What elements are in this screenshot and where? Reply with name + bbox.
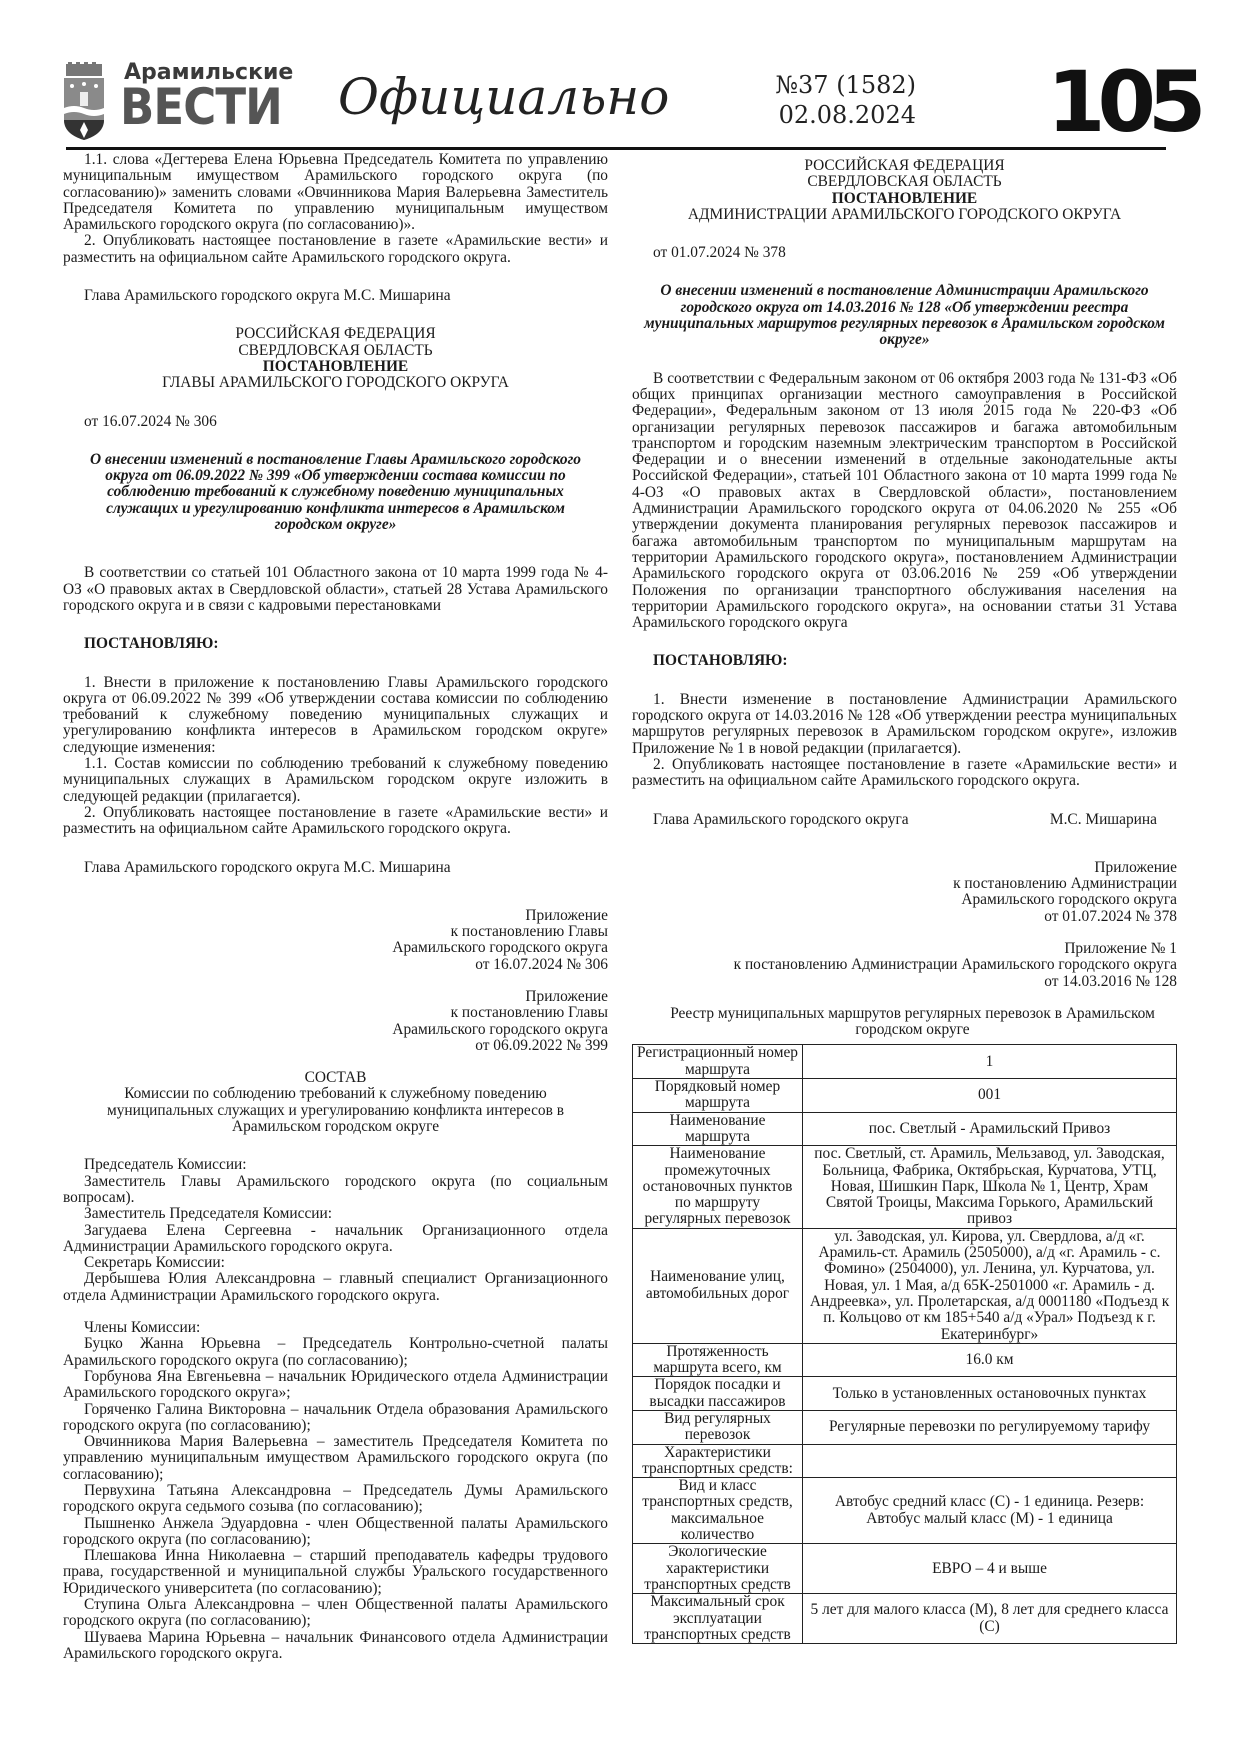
row-value: 5 лет для малого класса (М), 8 лет для с… (803, 1594, 1177, 1644)
header-line: СВЕРДЛОВСКАЯ ОБЛАСТЬ (632, 174, 1177, 190)
row-value: пос. Светлый - Арамильский Привоз (803, 1112, 1177, 1146)
appendix-note: Приложение к постановлению Главы Арамиль… (63, 908, 608, 973)
row-value: Регулярные перевозки по регулируемому та… (803, 1411, 1177, 1445)
list-item: Плешакова Инна Николаевна – старший преп… (63, 1548, 608, 1597)
appendix-line: Приложение № 1 (632, 941, 1177, 957)
decree-header: РОССИЙСКАЯ ФЕДЕРАЦИЯ СВЕРДЛОВСКАЯ ОБЛАСТ… (63, 326, 608, 391)
row-label: Наименование улиц, автомобильных дорог (633, 1228, 803, 1343)
row-label: Регистрационный номер маршрута (633, 1045, 803, 1079)
signature: Глава Арамильского городского округа М.С… (63, 288, 608, 304)
appendix-line: от 01.07.2024 № 378 (632, 909, 1177, 925)
decree-title: О внесении изменений в постановление Гла… (63, 452, 608, 533)
appendix-line: к постановлению Главы (63, 924, 608, 940)
row-value: 1 (803, 1045, 1177, 1079)
right-column: РОССИЙСКАЯ ФЕДЕРАЦИЯ СВЕРДЛОВСКАЯ ОБЛАСТ… (632, 152, 1177, 1644)
row-label: Максимальный срок эксплуатации транспорт… (633, 1594, 803, 1644)
header-line: ГЛАВЫ АРАМИЛЬСКОГО ГОРОДСКОГО ОКРУГА (63, 375, 608, 391)
left-column: 1.1. слова «Дегтерева Елена Юрьевна Пред… (63, 152, 608, 1662)
row-label: Наименование промежуточных остановочных … (633, 1146, 803, 1228)
signature: Глава Арамильского городского округа М.С… (63, 860, 608, 876)
table-row: Вид и класс транспортных средств, максим… (633, 1478, 1177, 1544)
list-item: Шуваева Марина Юрьевна – начальник Финан… (63, 1630, 608, 1663)
continued-paragraph: 2. Опубликовать настоящее постановление … (63, 233, 608, 266)
composition-subtitle: Комиссии по соблюдению требований к служ… (63, 1086, 608, 1135)
role-label: Председатель Комиссии: (63, 1157, 608, 1173)
decree-item: 1. Внести в приложение к постановлению Г… (63, 675, 608, 756)
issue-number: №37 (1582) (775, 70, 916, 100)
appendix-line: от 06.09.2022 № 399 (63, 1038, 608, 1054)
header-line: АДМИНИСТРАЦИИ АРАМИЛЬСКОГО ГОРОДСКОГО ОК… (632, 207, 1177, 223)
row-label: Вид регулярных перевозок (633, 1411, 803, 1445)
decree-type: ПОСТАНОВЛЕНИЕ (63, 359, 608, 375)
row-value: ул. Заводская, ул. Кирова, ул. Свердлова… (803, 1228, 1177, 1343)
decree-title: О внесении изменений в постановление Адм… (632, 283, 1177, 348)
list-item: Горбунова Яна Евгеньевна – начальник Юри… (63, 1369, 608, 1402)
table-row: Порядок посадки и высадки пассажировТоль… (633, 1377, 1177, 1411)
row-label: Протяженность маршрута всего, км (633, 1343, 803, 1377)
role-holder: Заместитель Главы Арамильского городског… (63, 1174, 608, 1207)
decree-item: 1.1. Состав комиссии по соблюдению требо… (63, 756, 608, 805)
row-label: Порядок посадки и высадки пассажиров (633, 1377, 803, 1411)
row-label: Экологические характеристики транспортны… (633, 1544, 803, 1594)
appendix-line: Арамильского городского округа (63, 940, 608, 956)
decree-item: 1. Внести изменение в постановление Адми… (632, 692, 1177, 757)
issue-date: 02.08.2024 (775, 100, 916, 130)
row-value: пос. Светлый, ст. Арамиль, Мельзавод, ул… (803, 1146, 1177, 1228)
list-item: Буцко Жанна Юрьевна – Председатель Контр… (63, 1336, 608, 1369)
header-line: РОССИЙСКАЯ ФЕДЕРАЦИЯ (632, 158, 1177, 174)
members-list: Буцко Жанна Юрьевна – Председатель Контр… (63, 1336, 608, 1662)
appendix-line: к постановлению Администрации Арамильско… (632, 957, 1177, 973)
list-item: Овчинникова Мария Валерьевна – заместите… (63, 1434, 608, 1483)
role-label: Члены Комиссии: (63, 1320, 608, 1336)
appendix-line: от 14.03.2016 № 128 (632, 974, 1177, 990)
section-title: Официально (338, 62, 669, 132)
role-holder: Дербышева Юлия Александровна – главный с… (63, 1271, 608, 1304)
role-label: Секретарь Комиссии: (63, 1255, 608, 1271)
resolve-heading: ПОСТАНОВЛЯЮ: (63, 636, 608, 652)
row-label: Порядковый номер маршрута (633, 1079, 803, 1113)
row-label: Вид и класс транспортных средств, максим… (633, 1478, 803, 1544)
decree-type: ПОСТАНОВЛЕНИЕ (632, 191, 1177, 207)
row-label: Наименование маршрута (633, 1112, 803, 1146)
table-row: Характеристики транспортных средств: (633, 1444, 1177, 1478)
table-row: Вид регулярных перевозокРегулярные перев… (633, 1411, 1177, 1445)
table-row: Протяженность маршрута всего, км16.0 км (633, 1343, 1177, 1377)
appendix-note: Приложение к постановлению Главы Арамиль… (63, 989, 608, 1054)
appendix-note: Приложение к постановлению Администрации… (632, 860, 1177, 925)
row-label: Характеристики транспортных средств: (633, 1444, 803, 1478)
row-value (803, 1444, 1177, 1478)
appendix-line: Приложение (63, 989, 608, 1005)
resolve-heading: ПОСТАНОВЛЯЮ: (632, 653, 1177, 669)
list-item: Горяченко Галина Викторовна – начальник … (63, 1402, 608, 1435)
signature-name: М.С. Мишарина (1050, 812, 1157, 828)
table-row: Наименование маршрутапос. Светлый - Арам… (633, 1112, 1177, 1146)
table-row: Максимальный срок эксплуатации транспорт… (633, 1594, 1177, 1644)
list-item: Первухина Татьяна Александровна – Предсе… (63, 1483, 608, 1516)
header-line: РОССИЙСКАЯ ФЕДЕРАЦИЯ (63, 326, 608, 342)
appendix-line: к постановлению Администрации (632, 876, 1177, 892)
role-holder: Загудаева Елена Сергеевна - начальник Ор… (63, 1223, 608, 1256)
issue-info: №37 (1582) 02.08.2024 (775, 70, 916, 130)
appendix-line: Приложение (63, 908, 608, 924)
appendix-line: Приложение (632, 860, 1177, 876)
signature: Глава Арамильского городского округа М.С… (632, 812, 1177, 828)
composition-title: СОСТАВ (63, 1070, 608, 1086)
decree-header: РОССИЙСКАЯ ФЕДЕРАЦИЯ СВЕРДЛОВСКАЯ ОБЛАСТ… (632, 158, 1177, 223)
role-label: Заместитель Председателя Комиссии: (63, 1206, 608, 1222)
decree-item: 2. Опубликовать настоящее постановление … (63, 805, 608, 838)
decree-date-number: от 01.07.2024 № 378 (632, 245, 1177, 261)
decree-preamble: В соответствии с Федеральным законом от … (632, 371, 1177, 632)
table-row: Экологические характеристики транспортны… (633, 1544, 1177, 1594)
header-rule (66, 147, 1166, 150)
appendix-line: Арамильского городского округа (632, 892, 1177, 908)
row-value: 001 (803, 1079, 1177, 1113)
appendix-line: Арамильского городского округа (63, 1022, 608, 1038)
newspaper-name-main: ВЕСТИ (120, 80, 282, 134)
table-row: Регистрационный номер маршрута1 (633, 1045, 1177, 1079)
row-value: 16.0 км (803, 1343, 1177, 1377)
list-item: Пышненко Анжела Эдуардовна - член Общест… (63, 1516, 608, 1549)
decree-preamble: В соответствии со статьей 101 Областного… (63, 565, 608, 614)
decree-item: 2. Опубликовать настоящее постановление … (632, 757, 1177, 790)
appendix-note: Приложение № 1 к постановлению Администр… (632, 941, 1177, 990)
decree-date-number: от 16.07.2024 № 306 (63, 414, 608, 430)
table-row: Порядковый номер маршрута001 (633, 1079, 1177, 1113)
masthead: Арамильские ВЕСТИ Официально №37 (1582) … (0, 0, 1241, 150)
route-registry-table: Регистрационный номер маршрута1Порядковы… (632, 1044, 1177, 1644)
list-item: Ступина Ольга Александровна – член Общес… (63, 1597, 608, 1630)
registry-title: Реестр муниципальных маршрутов регулярны… (632, 1006, 1177, 1039)
page-number: 105 (1047, 52, 1198, 152)
row-value: Только в установленных остановочных пунк… (803, 1377, 1177, 1411)
table-row: Наименование промежуточных остановочных … (633, 1146, 1177, 1228)
row-value: ЕВРО – 4 и выше (803, 1544, 1177, 1594)
signature-title: Глава Арамильского городского округа (653, 812, 909, 828)
continued-paragraph: 1.1. слова «Дегтерева Елена Юрьевна Пред… (63, 152, 608, 233)
city-coat-of-arms-icon (62, 62, 106, 140)
row-value: Автобус средний класс (С) - 1 единица. Р… (803, 1478, 1177, 1544)
header-line: СВЕРДЛОВСКАЯ ОБЛАСТЬ (63, 343, 608, 359)
appendix-line: к постановлению Главы (63, 1005, 608, 1021)
table-row: Наименование улиц, автомобильных дорогул… (633, 1228, 1177, 1343)
appendix-line: от 16.07.2024 № 306 (63, 957, 608, 973)
